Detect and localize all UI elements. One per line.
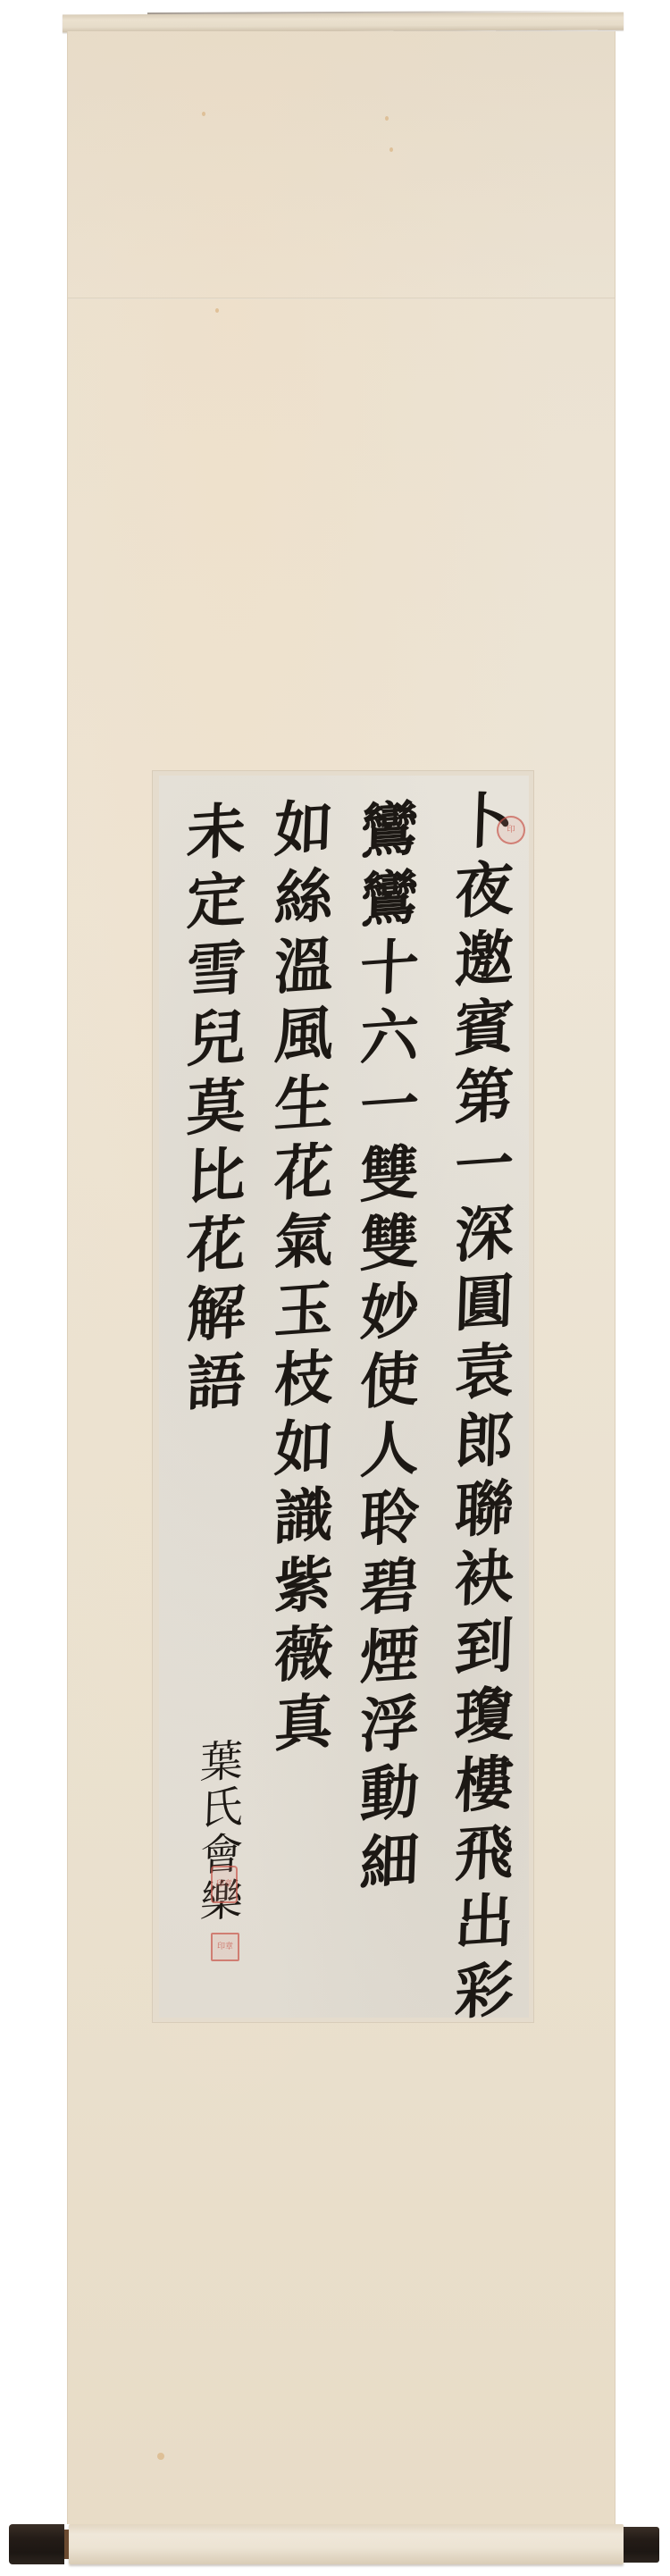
calligraphy-character: 鸞 bbox=[359, 799, 420, 862]
calligraphy-character: 袂 bbox=[454, 1547, 515, 1610]
calligraphy-character: 袁 bbox=[454, 1340, 515, 1404]
calligraphy-character: 出 bbox=[454, 1891, 515, 1954]
calligraphy-character: 語 bbox=[186, 1351, 247, 1414]
calligraphy-character: 定 bbox=[186, 869, 247, 933]
calligraphy-character: 真 bbox=[273, 1691, 334, 1755]
calligraphy-character: 細 bbox=[359, 1831, 420, 1894]
foxing-spot bbox=[389, 147, 393, 152]
foxing-spot bbox=[385, 116, 389, 121]
calligraphy-character: 氏 bbox=[199, 1785, 244, 1832]
calligraphy-character: 邀 bbox=[454, 927, 515, 991]
mounting-seam bbox=[68, 298, 615, 299]
calligraphy-character: 如 bbox=[273, 797, 334, 860]
calligraphy-character: 飛 bbox=[454, 1822, 515, 1885]
calligraphy-character: 十 bbox=[359, 936, 420, 1000]
calligraphy-character: 溫 bbox=[273, 935, 334, 998]
calligraphy-character: 圓 bbox=[454, 1271, 515, 1335]
roller-knob-left bbox=[9, 2524, 64, 2564]
calligraphy-character: 彩 bbox=[454, 1959, 515, 2023]
calligraphy-character: 花 bbox=[186, 1213, 247, 1277]
calligraphy-character: 聯 bbox=[454, 1478, 515, 1541]
calligraphy-character: 薇 bbox=[273, 1623, 334, 1686]
seal-text: 印章 bbox=[213, 1942, 238, 1952]
calligraphy-character: 雙 bbox=[359, 1143, 420, 1206]
text-column-2: 鸞鸞十六一雙雙妙使人聆碧煙浮動細 bbox=[352, 801, 427, 1901]
bottom-roller bbox=[69, 2524, 624, 2564]
seal-text: 印章 bbox=[213, 1880, 236, 1890]
text-column-1: 卜夜邀賓第一深圓袁郎聯袂到瓊樓飛出彩 bbox=[447, 792, 522, 2030]
calligraphy-character: 深 bbox=[454, 1203, 515, 1266]
calligraphy-character: 動 bbox=[359, 1762, 420, 1825]
calligraphy-character: 紫 bbox=[273, 1554, 334, 1617]
foxing-spot bbox=[215, 308, 219, 313]
calligraphy-character: 莫 bbox=[186, 1076, 247, 1139]
calligraphy-character: 妙 bbox=[359, 1280, 420, 1344]
calligraphy-character: 一 bbox=[359, 1074, 420, 1137]
seal-text: 印 bbox=[498, 826, 523, 835]
calligraphy-character: 樓 bbox=[454, 1753, 515, 1817]
calligraphy-character: 郎 bbox=[454, 1409, 515, 1473]
calligraphy-character: 夜 bbox=[454, 859, 515, 922]
calligraphy-character: 生 bbox=[273, 1072, 334, 1136]
calligraphy-character: 花 bbox=[273, 1141, 334, 1204]
calligraphy-character: 第 bbox=[454, 1065, 515, 1129]
calligraphy-character: 兒 bbox=[186, 1007, 247, 1070]
calligraphy-character: 玉 bbox=[273, 1279, 334, 1342]
calligraphy-character: 六 bbox=[359, 1005, 420, 1069]
roller-knob-right bbox=[624, 2527, 659, 2563]
foxing-spot bbox=[157, 2453, 164, 2460]
calligraphy-character: 解 bbox=[186, 1282, 247, 1346]
calligraphy-character: 絲 bbox=[273, 866, 334, 929]
calligraphy-character: 比 bbox=[186, 1145, 247, 1208]
calligraphy-character: 賓 bbox=[454, 996, 515, 1060]
calligraphy-character: 如 bbox=[273, 1416, 334, 1480]
top-rod bbox=[63, 13, 624, 33]
calligraphy-character: 人 bbox=[359, 1418, 420, 1481]
calligraphy-character: 葉 bbox=[199, 1739, 244, 1785]
calligraphy-character: 氣 bbox=[273, 1210, 334, 1273]
calligraphy-character: 碧 bbox=[359, 1556, 420, 1619]
calligraphy-character: 鸞 bbox=[359, 868, 420, 931]
calligraphy-character: 浮 bbox=[359, 1693, 420, 1757]
foxing-spot bbox=[202, 112, 205, 116]
calligraphy-character: 聆 bbox=[359, 1487, 420, 1550]
calligraphy-panel: 卜夜邀賓第一深圓袁郎聯袂到瓊樓飛出彩 鸞鸞十六一雙雙妙使人聆碧煙浮動細 如絲溫風… bbox=[159, 776, 529, 2018]
calligraphy-character: 風 bbox=[273, 1003, 334, 1067]
calligraphy-character: 煙 bbox=[359, 1624, 420, 1688]
hanging-scroll: 卜夜邀賓第一深圓袁郎聯袂到瓊樓飛出彩 鸞鸞十六一雙雙妙使人聆碧煙浮動細 如絲溫風… bbox=[0, 0, 670, 2576]
artist-seal-1: 印章 bbox=[211, 1866, 238, 1903]
calligraphy-character: 一 bbox=[454, 1134, 515, 1197]
text-column-4: 未定雪兒莫比花解語 bbox=[179, 802, 254, 1422]
calligraphy-character: 雪 bbox=[186, 938, 247, 1002]
calligraphy-character: 雙 bbox=[359, 1212, 420, 1275]
calligraphy-character: 瓊 bbox=[454, 1684, 515, 1748]
text-column-3: 如絲溫風生花氣玉枝如識紫薇真 bbox=[266, 799, 341, 1762]
artist-seal-2: 印章 bbox=[211, 1933, 239, 1961]
round-seal: 印 bbox=[497, 816, 525, 844]
calligraphy-character: 未 bbox=[186, 801, 247, 864]
calligraphy-character: 枝 bbox=[273, 1347, 334, 1411]
calligraphy-character: 到 bbox=[454, 1615, 515, 1679]
calligraphy-character: 識 bbox=[273, 1485, 334, 1548]
mounting-heaven-section bbox=[68, 31, 615, 298]
calligraphy-character: 使 bbox=[359, 1349, 420, 1413]
